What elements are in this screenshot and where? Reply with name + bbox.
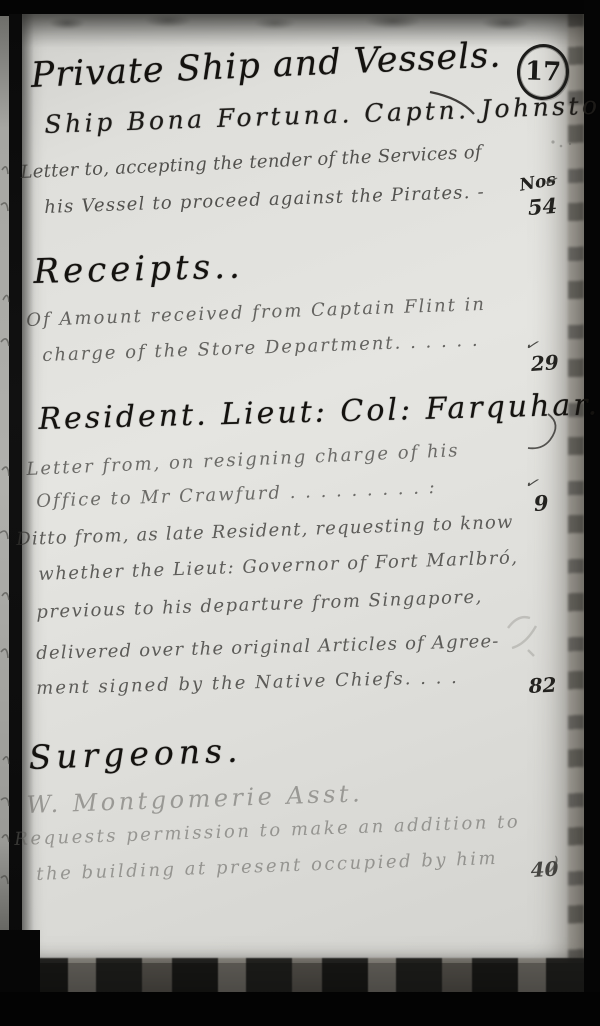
ref-number: 82	[528, 673, 557, 698]
manuscript-scan: 17 Private Ship and Vessels. Ship Bona F…	[0, 0, 600, 1026]
ref-number: 9	[533, 490, 549, 516]
section-heading-surgeons: Surgeons.	[28, 731, 243, 777]
page-number: 17	[524, 56, 561, 87]
ref-number: 54	[527, 193, 558, 220]
photo-background-bottom	[0, 992, 600, 1026]
page-gutter-shadow	[22, 13, 34, 963]
photo-background-top	[0, 0, 600, 14]
ref-number: 29	[530, 350, 559, 376]
section-heading-receipts: Receipts..	[33, 246, 244, 291]
previous-page-edge	[0, 16, 9, 954]
photo-background-right	[584, 0, 600, 1026]
page-right-worn-edge	[568, 13, 584, 963]
page-stack-bottom-edge	[22, 958, 588, 994]
